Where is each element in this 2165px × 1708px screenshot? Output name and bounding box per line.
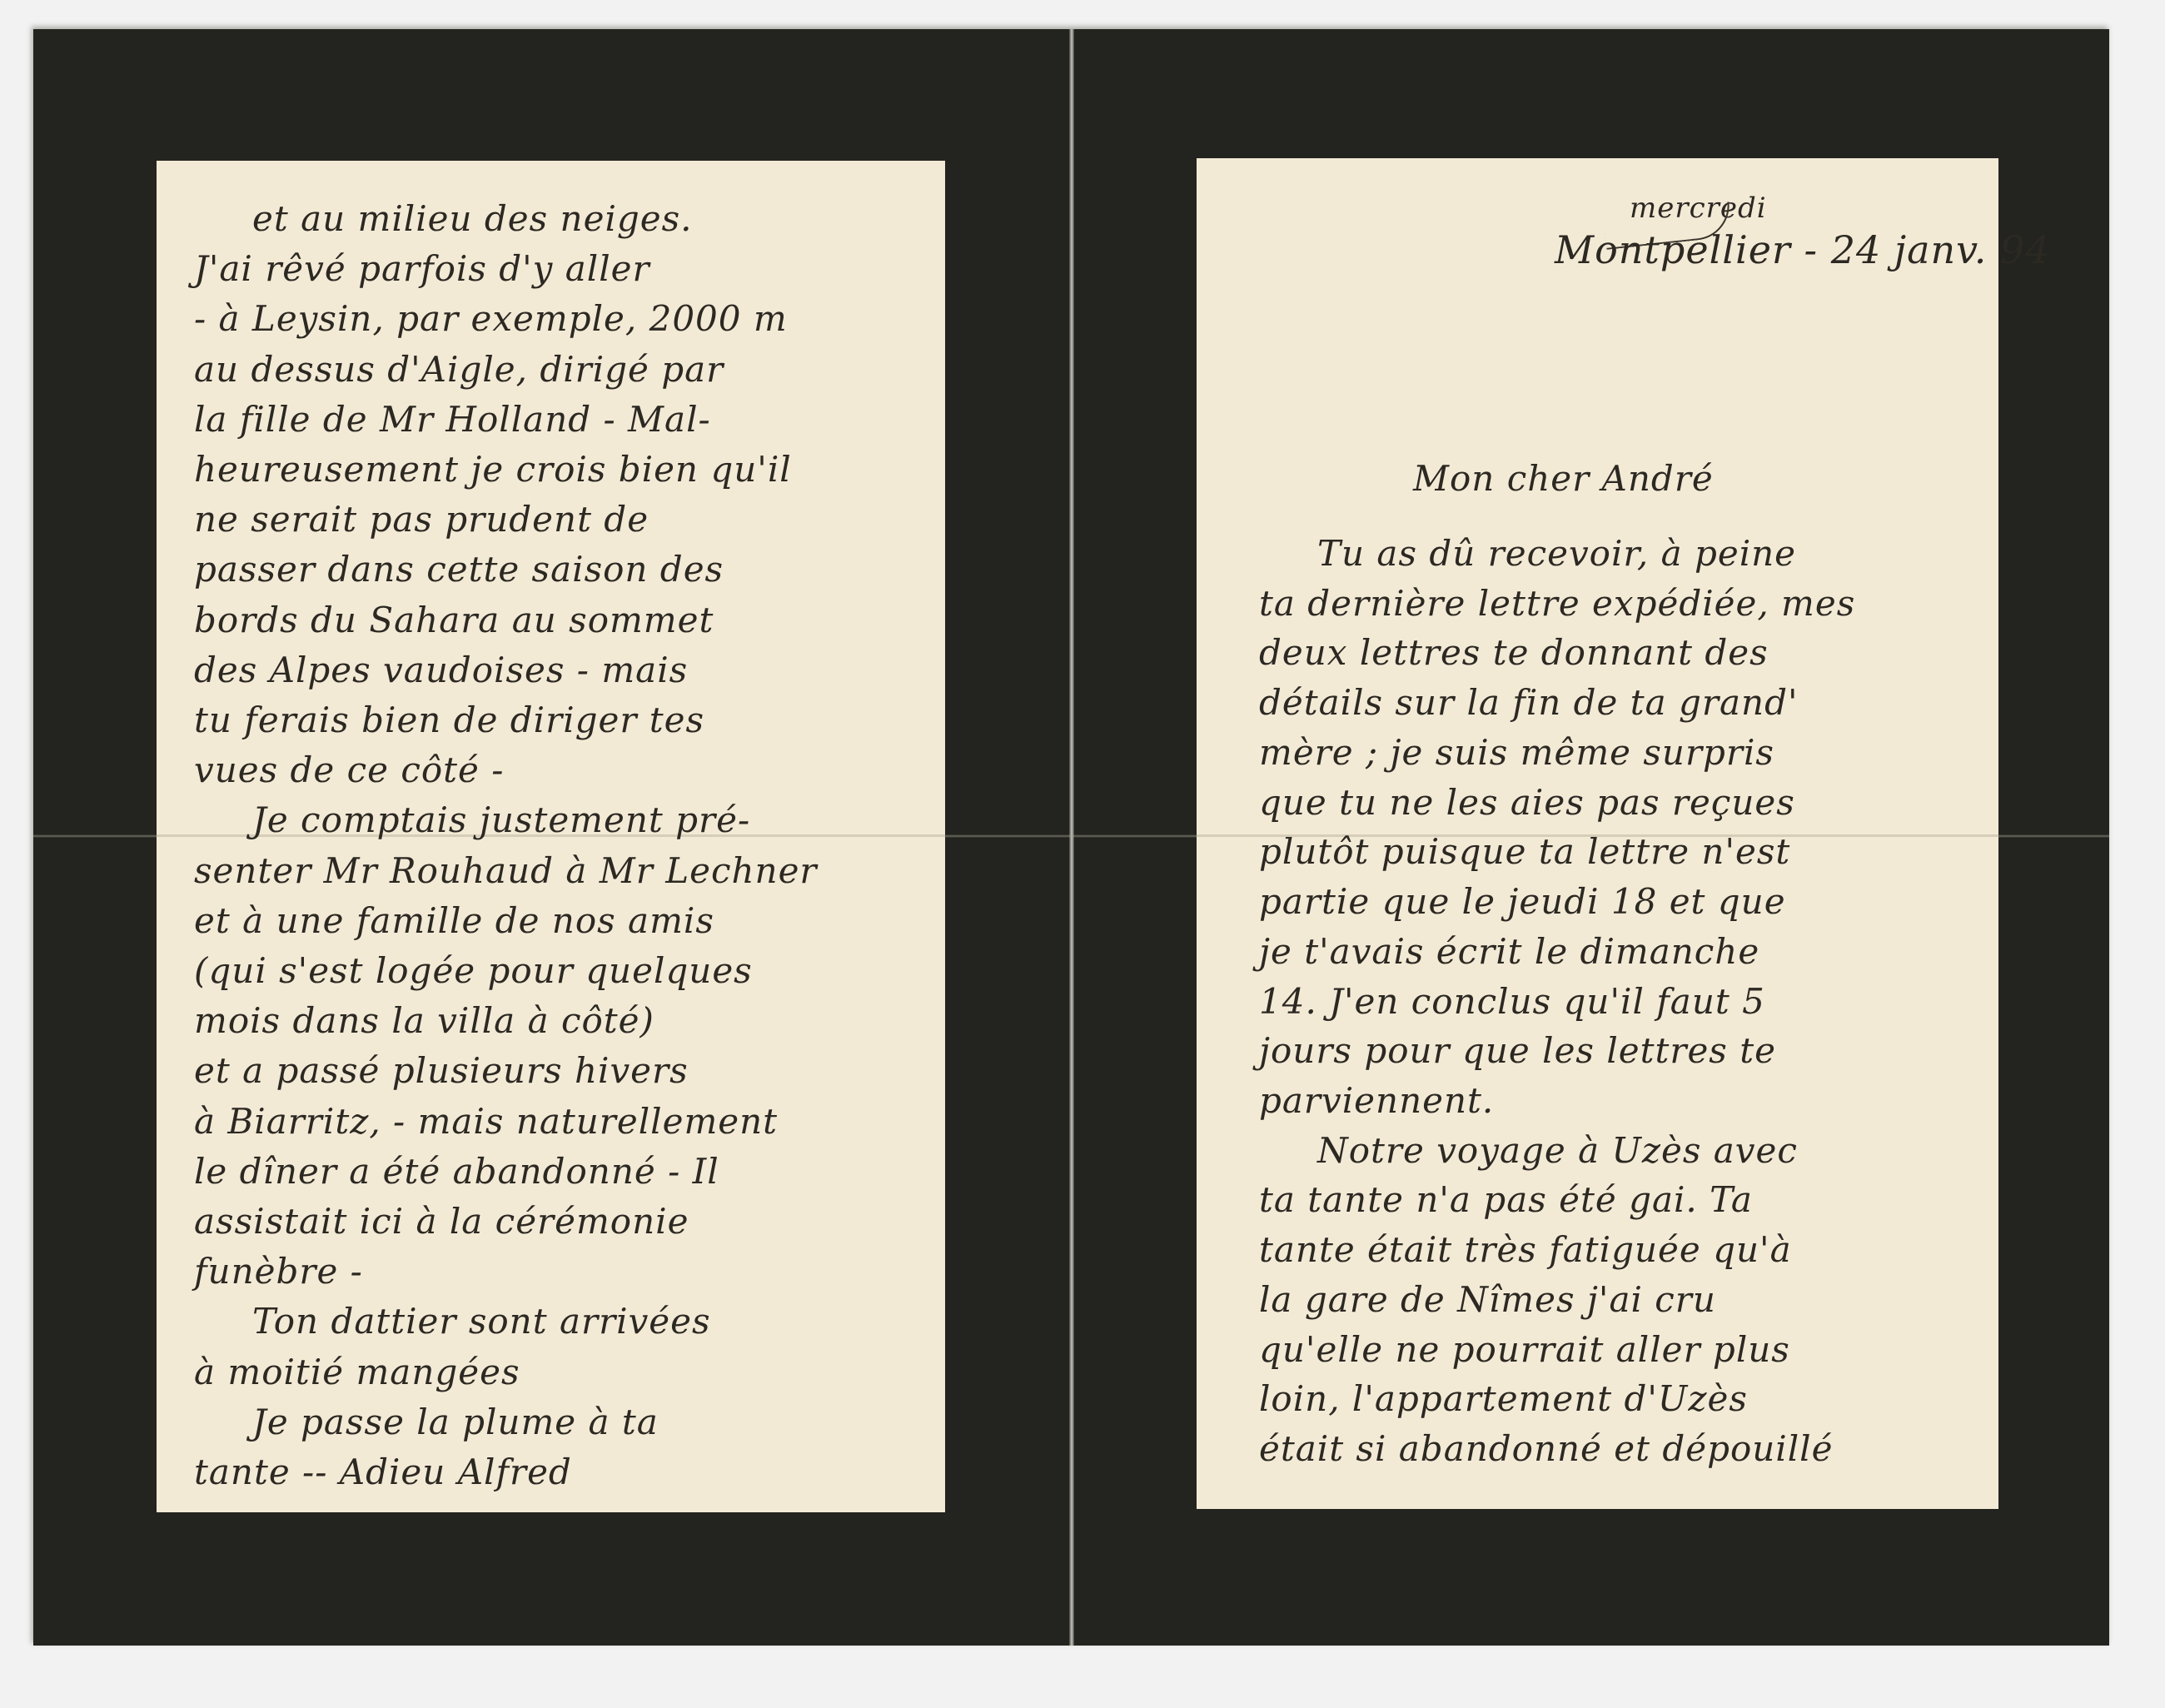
letter-line: 14. J'en conclus qu'il faut 5 bbox=[1259, 977, 1765, 1027]
letter-line: Notre voyage à Uzès avec bbox=[1317, 1126, 1798, 1176]
letter-line: tante était très fatiguée qu'à bbox=[1259, 1225, 1792, 1275]
letter-line: - à Leysin, par exemple, 2000 m bbox=[194, 294, 788, 344]
letter-line: et a passé plusieurs hivers bbox=[194, 1046, 689, 1096]
letter-line: heureusement je crois bien qu'il bbox=[194, 445, 792, 495]
letter-line: au dessus d'Aigle, dirigé par bbox=[194, 345, 724, 395]
letter-line: J'ai rêvé parfois d'y aller bbox=[194, 244, 650, 294]
letter-line: à Biarritz, - mais naturellement bbox=[194, 1097, 778, 1147]
letter-line: senter Mr Rouhaud à Mr Lechner bbox=[194, 846, 818, 896]
letter-line: bords du Sahara au sommet bbox=[194, 595, 714, 645]
letter-line: et à une famille de nos amis bbox=[194, 896, 714, 946]
letter-line: partie que le jeudi 18 et que bbox=[1259, 877, 1786, 927]
letter-line: passer dans cette saison des bbox=[194, 545, 724, 595]
letter-salutation: Mon cher André bbox=[1413, 454, 1714, 504]
letter-line: que tu ne les aies pas reçues bbox=[1259, 778, 1795, 828]
letter-line: la fille de Mr Holland - Mal- bbox=[194, 395, 711, 445]
letter-line: la gare de Nîmes j'ai cru bbox=[1259, 1275, 1716, 1325]
letter-line: funèbre - bbox=[194, 1247, 363, 1297]
letter-line: deux lettres te donnant des bbox=[1259, 628, 1769, 678]
letter-line: plutôt puisque ta lettre n'est bbox=[1259, 827, 1790, 877]
letter-line: et au milieu des neiges. bbox=[252, 194, 693, 244]
letter-line: ta tante n'a pas été gai. Ta bbox=[1259, 1175, 1753, 1225]
letter-line: jours pour que les lettres te bbox=[1259, 1026, 1776, 1076]
letter-line: qu'elle ne pourrait aller plus bbox=[1259, 1325, 1790, 1375]
letter-line: ta dernière lettre expédiée, mes bbox=[1259, 579, 1855, 629]
letter-line: tante -- Adieu Alfred bbox=[194, 1447, 572, 1497]
letter-line: Tu as dû recevoir, à peine bbox=[1317, 529, 1796, 579]
letter-line: détails sur la fin de ta grand' bbox=[1259, 678, 1799, 728]
letter-line: était si abandonné et dépouillé bbox=[1259, 1424, 1833, 1474]
letter-line: vues de ce côté - bbox=[194, 745, 504, 795]
letter-line: le dîner a été abandonné - Il bbox=[194, 1147, 719, 1197]
letter-line: Ton dattier sont arrivées bbox=[252, 1297, 711, 1347]
letter-line: parviennent. bbox=[1259, 1076, 1494, 1126]
letter-line: tu ferais bien de diriger tes bbox=[194, 695, 704, 745]
letter-line: mère ; je suis même surpris bbox=[1259, 728, 1774, 778]
letter-line: Je comptais justement pré- bbox=[252, 795, 750, 845]
letter-line: assistait ici à la cérémonie bbox=[194, 1197, 689, 1247]
left-page: et au milieu des neiges.J'ai rêvé parfoi… bbox=[157, 161, 945, 1512]
letter-line: à moitié mangées bbox=[194, 1347, 520, 1397]
letter-place-date: Montpellier - 24 janv. 94 bbox=[1555, 217, 2051, 284]
right-page: mercredi Montpellier - 24 janv. 94 Mon c… bbox=[1197, 158, 1998, 1509]
letter-line: Je passe la plume à ta bbox=[252, 1397, 659, 1447]
letter-line: loin, l'appartement d'Uzès bbox=[1259, 1374, 1748, 1424]
letter-line: je t'avais écrit le dimanche bbox=[1259, 927, 1759, 977]
letter-line: mois dans la villa à côté) bbox=[194, 996, 654, 1046]
letter-line: (qui s'est logée pour quelques bbox=[194, 946, 753, 996]
letter-line: ne serait pas prudent de bbox=[194, 495, 649, 545]
letter-line: des Alpes vaudoises - mais bbox=[194, 645, 688, 695]
